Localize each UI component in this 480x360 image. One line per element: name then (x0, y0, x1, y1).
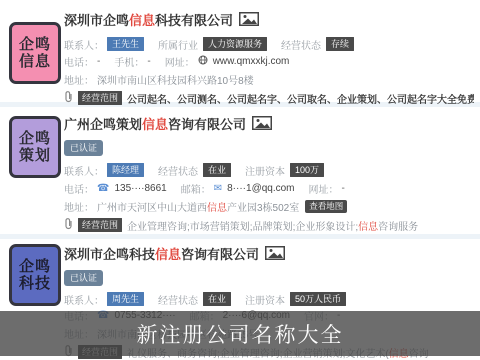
company-card: 企鸣 信息 深圳市企鸣信息科技有限公司 联系人： 王先生 所属行业 人力资源服务… (0, 6, 480, 105)
title-highlight: 信息 (129, 13, 155, 28)
scope-tag-links[interactable]: 公司起名、公司测名、公司起名字、公司取名、企业策划、公司起名字大全免费 (127, 91, 474, 105)
mobile-label: 手机： (114, 54, 144, 68)
scope-label: 经营范围 (78, 218, 122, 232)
scope-value: 企业管理咨询;市场营销策划;品牌策划;企业形象设计;信息咨询服务 (127, 218, 418, 232)
phone-value: - (97, 56, 100, 67)
website-link[interactable]: www.qmxxkj.com (213, 56, 290, 67)
title-text: 广州企鸣策划 (64, 117, 142, 132)
title-highlight: 信息 (155, 247, 181, 262)
title-text: 咨询有限公司 (181, 247, 259, 262)
phone-link[interactable]: 135····8661 (114, 183, 166, 194)
address-label: 地址： (64, 72, 94, 86)
title-highlight: 信息 (142, 117, 168, 132)
watermark-overlay: 新注册公司名称大全 (0, 311, 480, 356)
title-text: 深圳市企鸣 (64, 13, 129, 28)
logo-text-line2: 策划 (19, 147, 51, 164)
website-value: - (342, 183, 345, 194)
email-link[interactable]: 8····1@qq.com (227, 183, 294, 194)
scope-highlight: 信息 (358, 222, 378, 233)
mobile-value: - (147, 56, 150, 67)
logo-text-line2: 科技 (19, 275, 51, 292)
photo-icon[interactable] (252, 116, 272, 130)
company-title-link[interactable]: 深圳市企鸣信息科技有限公司 (64, 10, 233, 29)
contact-person-link[interactable]: 王先生 (107, 37, 144, 51)
address-highlight: 信息 (207, 203, 227, 214)
capital-value: 50万人民币 (290, 292, 346, 306)
photo-icon[interactable] (239, 12, 259, 26)
company-logo-thumbnail[interactable]: 企鸣 策划 (9, 116, 61, 178)
contact-person-link[interactable]: 陈经理 (107, 163, 144, 177)
company-title-link[interactable]: 广州企鸣策划信息咨询有限公司 (64, 114, 246, 133)
card-separator (0, 234, 480, 239)
address-label: 地址： (64, 199, 94, 213)
view-map-button[interactable]: 查看地图 (305, 200, 347, 213)
company-logo-thumbnail[interactable]: 企鸣 信息 (9, 22, 61, 84)
overlay-title: 新注册公司名称大全 (137, 319, 344, 349)
mail-icon: ✉ (214, 183, 222, 194)
logo-text-line1: 企鸣 (19, 36, 51, 53)
company-logo-thumbnail[interactable]: 企鸣 科技 (9, 244, 61, 306)
paperclip-icon (64, 218, 73, 232)
logo-text-line1: 企鸣 (19, 258, 51, 275)
industry-label: 所属行业 (158, 37, 198, 51)
contact-person-link[interactable]: 周先生 (107, 292, 144, 306)
scope-label: 经营范围 (78, 91, 122, 105)
photo-icon[interactable] (265, 246, 285, 260)
industry-value: 人力资源服务 (203, 37, 267, 51)
address-text: 产业园3栋502室 (227, 203, 299, 214)
title-text: 科技有限公司 (155, 13, 233, 28)
phone-label: 电话： (64, 181, 94, 195)
contact-label: 联系人： (64, 163, 104, 177)
contact-label: 联系人： (64, 292, 104, 306)
website-label: 网址： (309, 181, 339, 195)
status-value: 在业 (203, 292, 231, 306)
logo-text-line1: 企鸣 (19, 130, 51, 147)
scope-text: 企业管理咨询;市场营销策划;品牌策划;企业形象设计; (127, 222, 358, 233)
phone-icon: ☎ (97, 183, 109, 194)
phone-label: 电话： (64, 54, 94, 68)
verified-badge: 已认证 (64, 270, 103, 286)
email-label: 邮箱： (181, 181, 211, 195)
status-value: 存续 (326, 37, 354, 51)
scope-text: 咨询服务 (378, 222, 418, 233)
capital-label: 注册资本 (245, 292, 285, 306)
title-text: 深圳市企鸣科技 (64, 247, 155, 262)
paperclip-icon (64, 91, 73, 105)
status-value: 在业 (203, 163, 231, 177)
status-label: 经营状态 (158, 292, 198, 306)
verified-badge: 已认证 (64, 140, 103, 156)
address-value: 深圳市南山区科技园科兴路10号8楼 (97, 72, 254, 86)
globe-icon (198, 55, 208, 68)
logo-text-line2: 信息 (19, 53, 51, 70)
status-label: 经营状态 (158, 163, 198, 177)
address-text: 广州市天河区中山大道西 (97, 203, 207, 214)
contact-label: 联系人： (64, 37, 104, 51)
status-label: 经营状态 (281, 37, 321, 51)
address-value: 广州市天河区中山大道西信息产业园3栋502室 (97, 199, 299, 213)
title-text: 咨询有限公司 (168, 117, 246, 132)
capital-label: 注册资本 (245, 163, 285, 177)
website-label: 网址： (165, 54, 195, 68)
company-title-link[interactable]: 深圳市企鸣科技信息咨询有限公司 (64, 244, 259, 263)
capital-value: 100万 (290, 163, 324, 177)
company-card: 企鸣 策划 广州企鸣策划信息咨询有限公司 已认证 联系人： 陈经理 经营状态 在… (0, 110, 480, 232)
